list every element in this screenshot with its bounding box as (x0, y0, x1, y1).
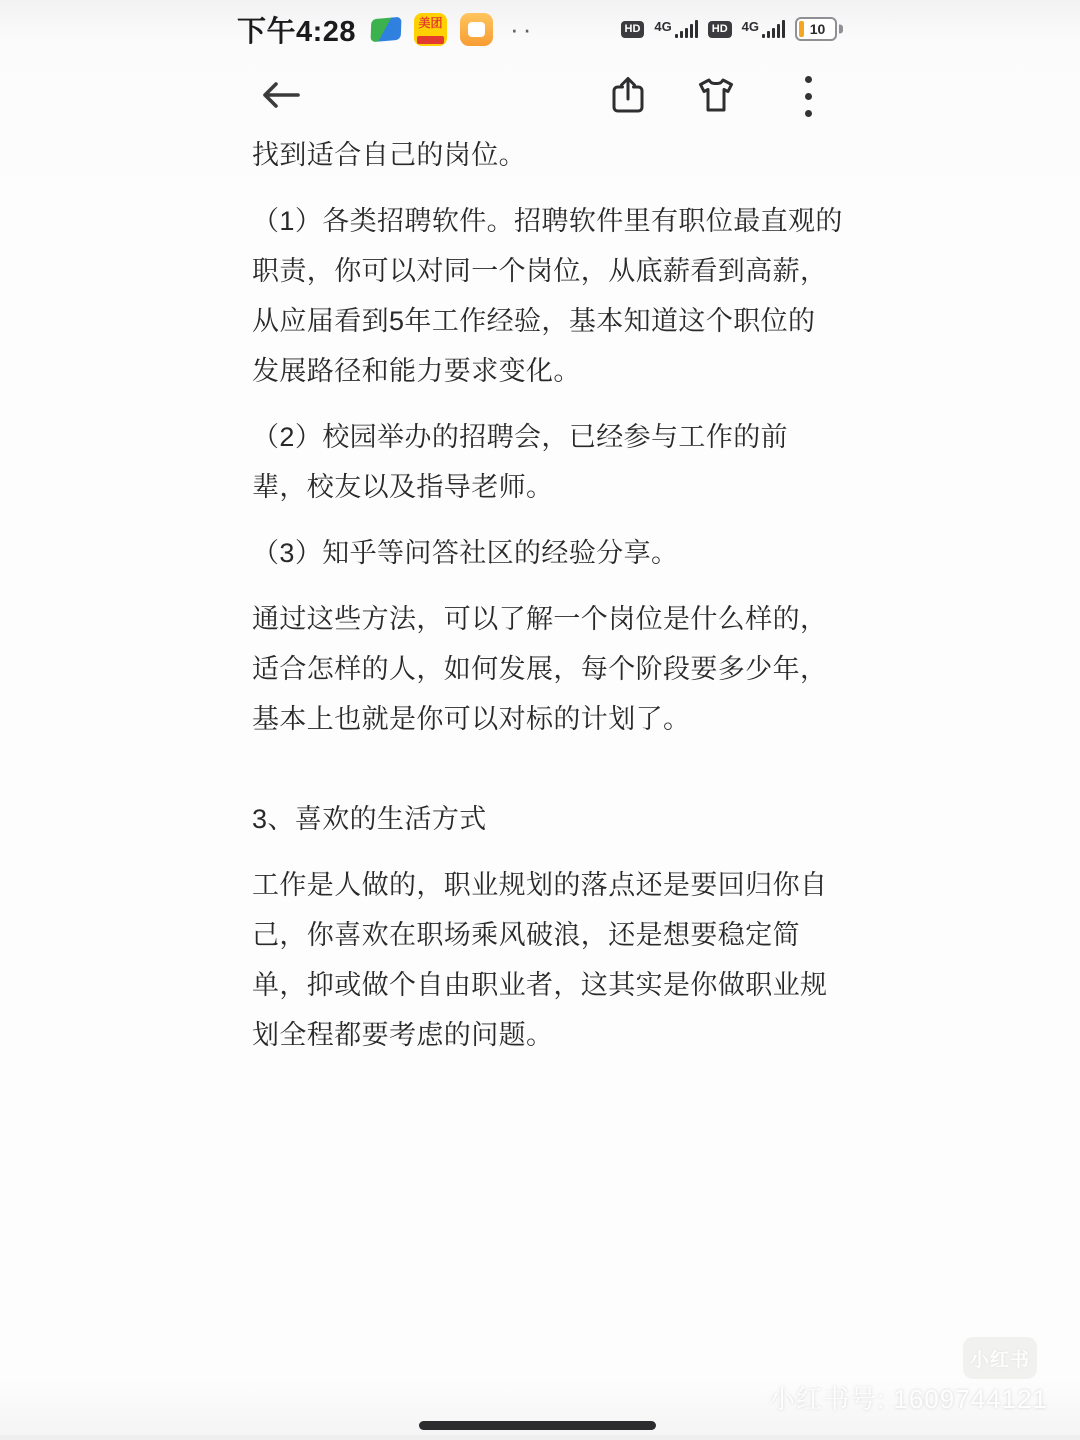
meituan-banner (417, 36, 444, 44)
battery-fill (799, 21, 804, 37)
text-line: 适合怎样的人，如何发展，每个阶段要多少年， (252, 644, 872, 694)
status-bar-right: HD 4G HD 4G 10 (621, 17, 843, 41)
hd-volte-icon: HD (708, 21, 732, 38)
text-line: 基本上也就是你可以对标的计划了。 (252, 694, 872, 744)
nav-bar (237, 66, 843, 122)
more-notifications-icon: ·· (510, 19, 535, 39)
more-options-button[interactable] (785, 74, 831, 118)
text-line: 找到适合自己的岗位。 (252, 130, 872, 180)
text-line: 发展路径和能力要求变化。 (252, 346, 872, 396)
kebab-menu-icon (805, 76, 812, 117)
status-bar-left: 下午4:28 美团 ·· (237, 9, 535, 50)
share-button[interactable] (605, 74, 651, 118)
message-bubble-icon (468, 22, 485, 37)
battery-percent: 10 (810, 21, 826, 37)
messages-app-icon (460, 13, 493, 46)
back-button[interactable] (257, 74, 303, 118)
home-indicator-handle[interactable] (419, 1421, 656, 1430)
text-line: 单，抑或做个自由职业者，这其实是你做职业规 (252, 960, 872, 1010)
status-bar: 下午4:28 美团 ·· HD 4G HD 4G 10 (237, 10, 843, 48)
section-heading: 3、喜欢的生活方式 (252, 794, 872, 844)
signal-bars-icon (762, 20, 785, 38)
paragraph: 通过这些方法，可以了解一个岗位是什么样的，适合怎样的人，如何发展，每个阶段要多少… (252, 594, 872, 744)
chat-app-icon (371, 16, 402, 42)
xiaohongshu-account-watermark: 小红书号: 1609744121 (769, 1379, 1048, 1416)
network-type-label: 4G (654, 20, 671, 33)
text-line: （1）各类招聘软件。招聘软件里有职位最直观的 (252, 196, 872, 246)
share-icon (610, 74, 646, 119)
paragraph: （3）知乎等问答社区的经验分享。 (252, 528, 872, 578)
text-line: 从应届看到5年工作经验，基本知道这个职位的 (252, 296, 872, 346)
network-type-label: 4G (742, 20, 759, 33)
text-line: 3、喜欢的生活方式 (252, 794, 872, 844)
signal-sim2-icon: 4G (742, 20, 785, 38)
meituan-app-icon: 美团 (414, 13, 447, 46)
text-line: （3）知乎等问答社区的经验分享。 (252, 528, 872, 578)
back-arrow-icon (258, 79, 302, 114)
clock: 下午4:28 (237, 9, 356, 50)
screenshot-bottom-edge (0, 1435, 1080, 1440)
text-line: （2）校园举办的招聘会，已经参与工作的前 (252, 412, 872, 462)
text-line: 职责，你可以对同一个岗位，从底薪看到高薪， (252, 246, 872, 296)
signal-bars-icon (675, 20, 698, 38)
text-line: 辈，校友以及指导老师。 (252, 462, 872, 512)
text-line: 工作是人做的，职业规划的落点还是要回归你自 (252, 860, 872, 910)
paragraph: 工作是人做的，职业规划的落点还是要回归你自己，你喜欢在职场乘风破浪，还是想要稳定… (252, 860, 872, 1060)
xiaohongshu-logo-badge: 小红书 (963, 1337, 1037, 1379)
paragraph: 找到适合自己的岗位。 (252, 130, 872, 180)
battery-icon: 10 (795, 17, 837, 41)
tshirt-icon (695, 75, 737, 118)
article-body: 找到适合自己的岗位。（1）各类招聘软件。招聘软件里有职位最直观的职责，你可以对同… (252, 130, 872, 1076)
signal-sim1-icon: 4G (654, 20, 697, 38)
paragraph: （2）校园举办的招聘会，已经参与工作的前辈，校友以及指导老师。 (252, 412, 872, 512)
text-line: 划全程都要考虑的问题。 (252, 1010, 872, 1060)
battery-nub (839, 25, 843, 34)
paragraph: （1）各类招聘软件。招聘软件里有职位最直观的职责，你可以对同一个岗位，从底薪看到… (252, 196, 872, 396)
text-line: 通过这些方法，可以了解一个岗位是什么样的， (252, 594, 872, 644)
text-line: 己，你喜欢在职场乘风破浪，还是想要稳定简 (252, 910, 872, 960)
reader-theme-button[interactable] (693, 74, 739, 118)
hd-volte-icon: HD (621, 21, 645, 38)
